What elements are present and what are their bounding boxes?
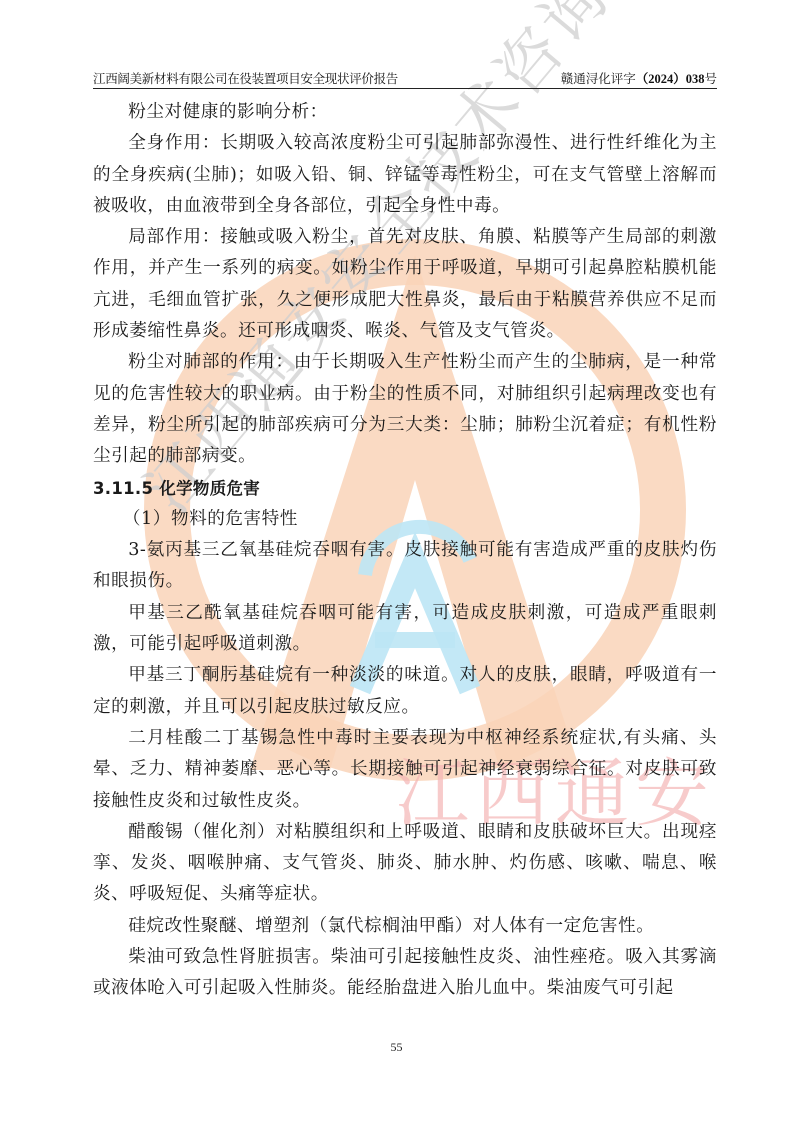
paragraph-methyltris-oxime-silane: 甲基三丁酮肟基硅烷有一种淡淡的味道。对人的皮肤，眼睛，呼吸道有一定的刺激，并且可… <box>93 660 717 723</box>
paragraph-systemic-effect: 全身作用：长期吸入较高浓度粉尘可引起肺部弥漫性、进行性纤维化为主的全身疾病(尘肺… <box>93 128 717 222</box>
paragraph-aminopropyl-silane: 3-氨丙基三乙氧基硅烷吞咽有害。皮肤接触可能有害造成严重的皮肤灼伤和眼损伤。 <box>93 535 717 598</box>
report-number-year: （2024）038 <box>636 72 705 86</box>
subheading-material-hazards: （1）物料的危害特性 <box>93 504 717 535</box>
paragraph-silane-polyether: 硅烷改性聚醚、增塑剂（氯代棕榈油甲酯）对人体有一定危害性。 <box>93 911 717 942</box>
paragraph-dibutyltin-dilaurate: 二月桂酸二丁基锡急性中毒时主要表现为中枢神经系统症状,有头痛、头晕、乏力、精神萎… <box>93 723 717 817</box>
paragraph-lung-effect: 粉尘对肺部的作用：由于长期吸入生产性粉尘而产生的尘肺病，是一种常见的危害性较大的… <box>93 347 717 472</box>
paragraph-local-effect: 局部作用：接触或吸入粉尘，首先对皮肤、角膜、粘膜等产生局部的刺激作用，并产生一系… <box>93 222 717 347</box>
report-title: 江西阔美新材料有限公司在役装置项目安全现状评价报告 <box>93 69 398 87</box>
page-number: 55 <box>0 1040 793 1055</box>
report-number: 赣通浔化评字（2024）038号 <box>561 69 717 87</box>
section-heading-chemical-hazards: 3.11.5 化学物质危害 <box>93 473 707 504</box>
report-number-prefix: 赣通浔化评字 <box>561 71 636 86</box>
document-page: 江西通安安全技术咨询有限公司 江西通安 江西阔美新材料有限公司在役装置项目安全现… <box>0 0 793 1122</box>
paragraph-tin-acetate: 醋酸锡（催化剂）对粘膜组织和上呼吸道、眼睛和皮肤破坏巨大。出现痉挛、发炎、咽喉肿… <box>93 817 717 911</box>
paragraph-diesel: 柴油可致急性肾脏损害。柴油可引起接触性皮炎、油性痤疮。吸入其雾滴或液体呛入可引起… <box>93 942 717 1005</box>
document-body: 粉尘对健康的影响分析： 全身作用：长期吸入较高浓度粉尘可引起肺部弥漫性、进行性纤… <box>103 97 717 1005</box>
paragraph-dust-health-title: 粉尘对健康的影响分析： <box>93 97 717 128</box>
page-header: 江西阔美新材料有限公司在役装置项目安全现状评价报告 赣通浔化评字（2024）03… <box>93 66 717 89</box>
paragraph-methyltriacetoxysilane: 甲基三乙酰氧基硅烷吞咽可能有害，可造成皮肤刺激，可造成严重眼刺激，可能引起呼吸道… <box>93 598 717 661</box>
report-number-suffix: 号 <box>704 71 717 86</box>
